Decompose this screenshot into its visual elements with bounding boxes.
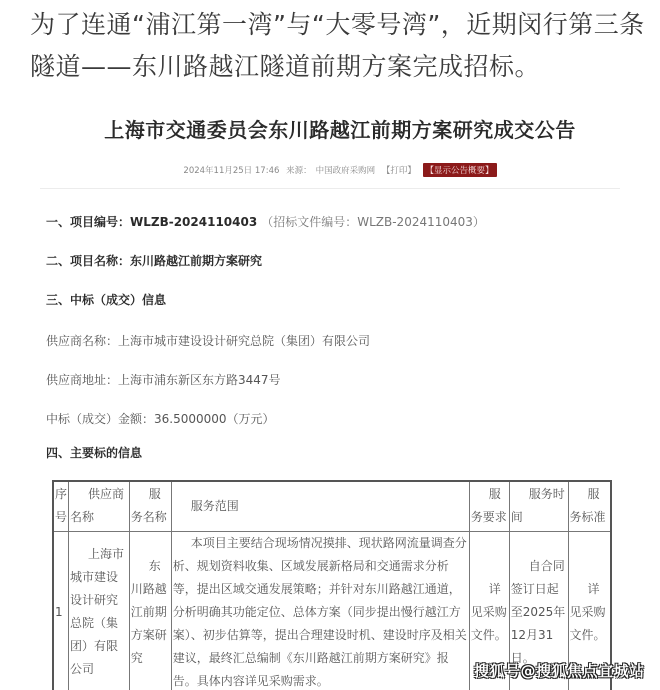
award-amount: 中标（成交）金额：36.5000000（万元） — [46, 410, 275, 427]
col-header-requirement: 服务要求 — [469, 481, 509, 531]
col-header-service-name: 服务名称 — [129, 481, 171, 531]
cell-no: 1 — [53, 531, 69, 690]
supplier-address: 供应商地址：上海市浦东新区东方路3447号 — [46, 371, 281, 388]
col-header-standard: 服务标准 — [568, 481, 611, 531]
article-caption: 为了连通“浦江第一湾”与“大零号湾”，近期闵行第三条 隧道——东川路越江隧道前期… — [30, 4, 650, 88]
subject-info-table: 序号 供应商名称 服务名称 服务范围 服务要求 服务时间 服务标准 1 上海市城… — [52, 480, 612, 690]
notice-title: 上海市交通委员会东川路越江前期方案研究成交公告 — [60, 114, 620, 143]
caption-line-2: 隧道——东川路越江隧道前期方案完成招标。 — [30, 46, 650, 88]
show-summary-button[interactable]: 【显示公告概要】 — [423, 163, 497, 177]
cell-scope: 本项目主要结合现场情况摸排、现状路网流量调查分析、规划资料收集、区域发展新格局和… — [171, 531, 469, 690]
caption-line-1: 为了连通“浦江第一湾”与“大零号湾”，近期闵行第三条 — [30, 4, 650, 46]
supplier-name: 供应商名称：上海市城市建设设计研究总院（集团）有限公司 — [46, 332, 370, 349]
project-number: 一、项目编号：WLZB-2024110403（招标文件编号：WLZB-20241… — [46, 213, 485, 230]
col-header-time: 服务时间 — [509, 481, 568, 531]
table-header-row: 序号 供应商名称 服务名称 服务范围 服务要求 服务时间 服务标准 — [53, 481, 611, 531]
header-divider — [40, 188, 620, 189]
watermark: 搜狐号@搜狐焦点宜城站 — [474, 660, 645, 681]
notice-meta: 2024年11月25日 17:46 来源：中国政府采购网 【打印】 【显示公告概… — [60, 163, 620, 177]
col-header-no: 序号 — [53, 481, 69, 531]
project-name: 二、项目名称：东川路越江前期方案研究 — [46, 252, 262, 269]
cell-supplier: 上海市城市建设设计研究总院（集团）有限公司 — [69, 531, 130, 690]
publish-date: 2024年11月25日 17:46 — [183, 166, 279, 176]
col-header-supplier: 供应商名称 — [69, 481, 130, 531]
source-name: 中国政府采购网 — [316, 166, 376, 176]
source-label: 来源： — [286, 166, 312, 176]
award-info-heading: 三、中标（成交）信息 — [46, 291, 166, 308]
main-subject-heading: 四、主要标的信息 — [46, 444, 142, 461]
col-header-scope: 服务范围 — [171, 481, 469, 531]
project-number-label: 一、项目编号：WLZB-2024110403 — [46, 215, 257, 229]
print-link[interactable]: 【打印】 — [382, 166, 416, 176]
tender-doc-number: （招标文件编号：WLZB-2024110403） — [261, 215, 485, 229]
cell-service-name: 东川路越江前期方案研究 — [129, 531, 171, 690]
